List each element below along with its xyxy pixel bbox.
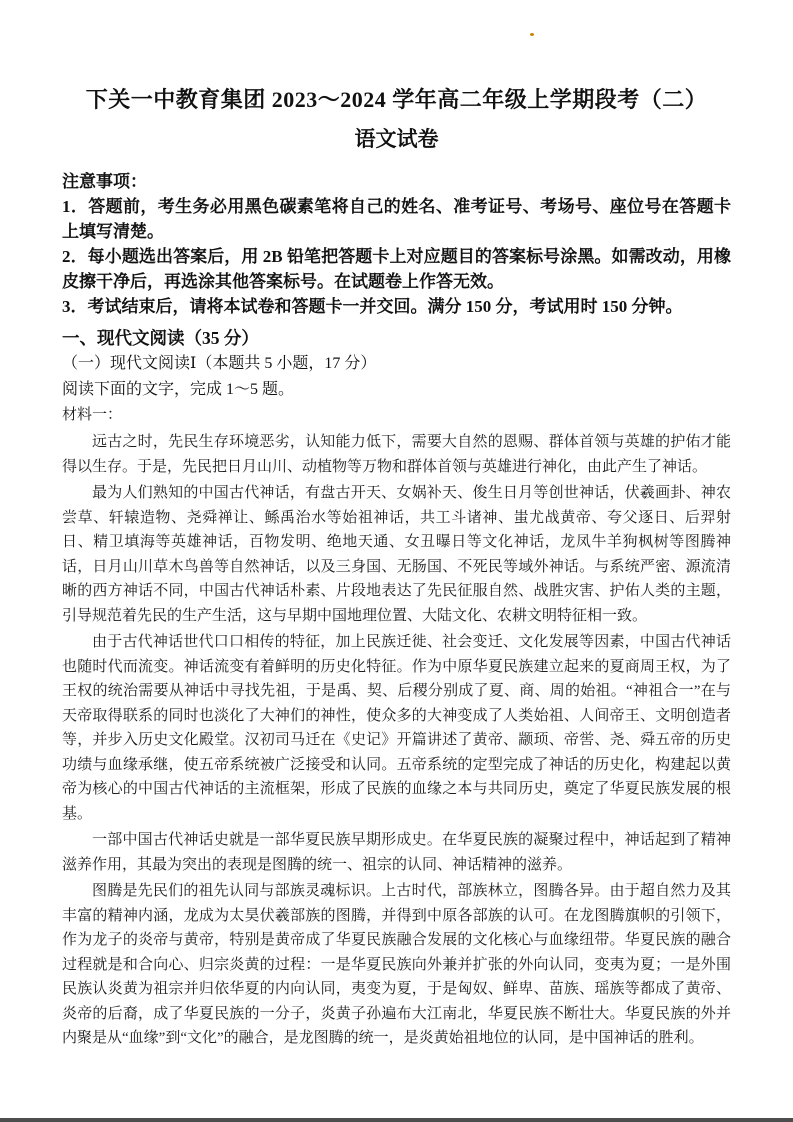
subsection-heading: （一）现代文阅读Ⅰ（本题共 5 小题，17 分） [62,351,731,377]
exam-title: 下关一中教育集团 2023～2024 学年高二年级上学期段考（二） [62,86,731,113]
stray-mark [530,33,534,36]
reading-instruction: 阅读下面的文字，完成 1～5 题。 [62,377,731,403]
section-heading: 一、现代文阅读（35 分） [62,325,731,351]
notice-item-2: 2．每小题选出答案后，用 2B 铅笔把答题卡上对应题目的答案标号涂黑。如需改动，… [62,244,731,294]
page-bottom-bar [0,1118,793,1122]
notices-heading: 注意事项： [62,169,731,194]
material-label: 材料一： [62,403,731,428]
material-paragraph-1: 远古之时，先民生存环境恶劣，认知能力低下，需要大自然的恩赐、群体首领与英雄的护佑… [62,430,731,479]
notice-item-1: 1．答题前，考生务必用黑色碳素笔将自己的姓名、准考证号、考场号、座位号在答题卡上… [62,194,731,244]
exam-subject-title: 语文试卷 [62,126,731,152]
material-paragraph-4: 一部中国古代神话史就是一部华夏民族早期形成史。在华夏民族的凝聚过程中，神话起到了… [62,828,731,877]
notice-item-3: 3．考试结束后，请将本试卷和答题卡一并交回。满分 150 分，考试用时 150 … [62,294,731,319]
material-paragraph-2: 最为人们熟知的中国古代神话，有盘古开天、女娲补天、俊生日月等创世神话，伏羲画卦、… [62,481,731,628]
material-paragraph-3: 由于古代神话世代口口相传的特征，加上民族迁徙、社会变迁、文化发展等因素，中国古代… [62,630,731,826]
exam-paper-page: 下关一中教育集团 2023～2024 学年高二年级上学期段考（二） 语文试卷 注… [0,0,793,1122]
material-paragraph-5: 图腾是先民们的祖先认同与部族灵魂标识。上古时代，部族林立，图腾各异。由于超自然力… [62,879,731,1051]
